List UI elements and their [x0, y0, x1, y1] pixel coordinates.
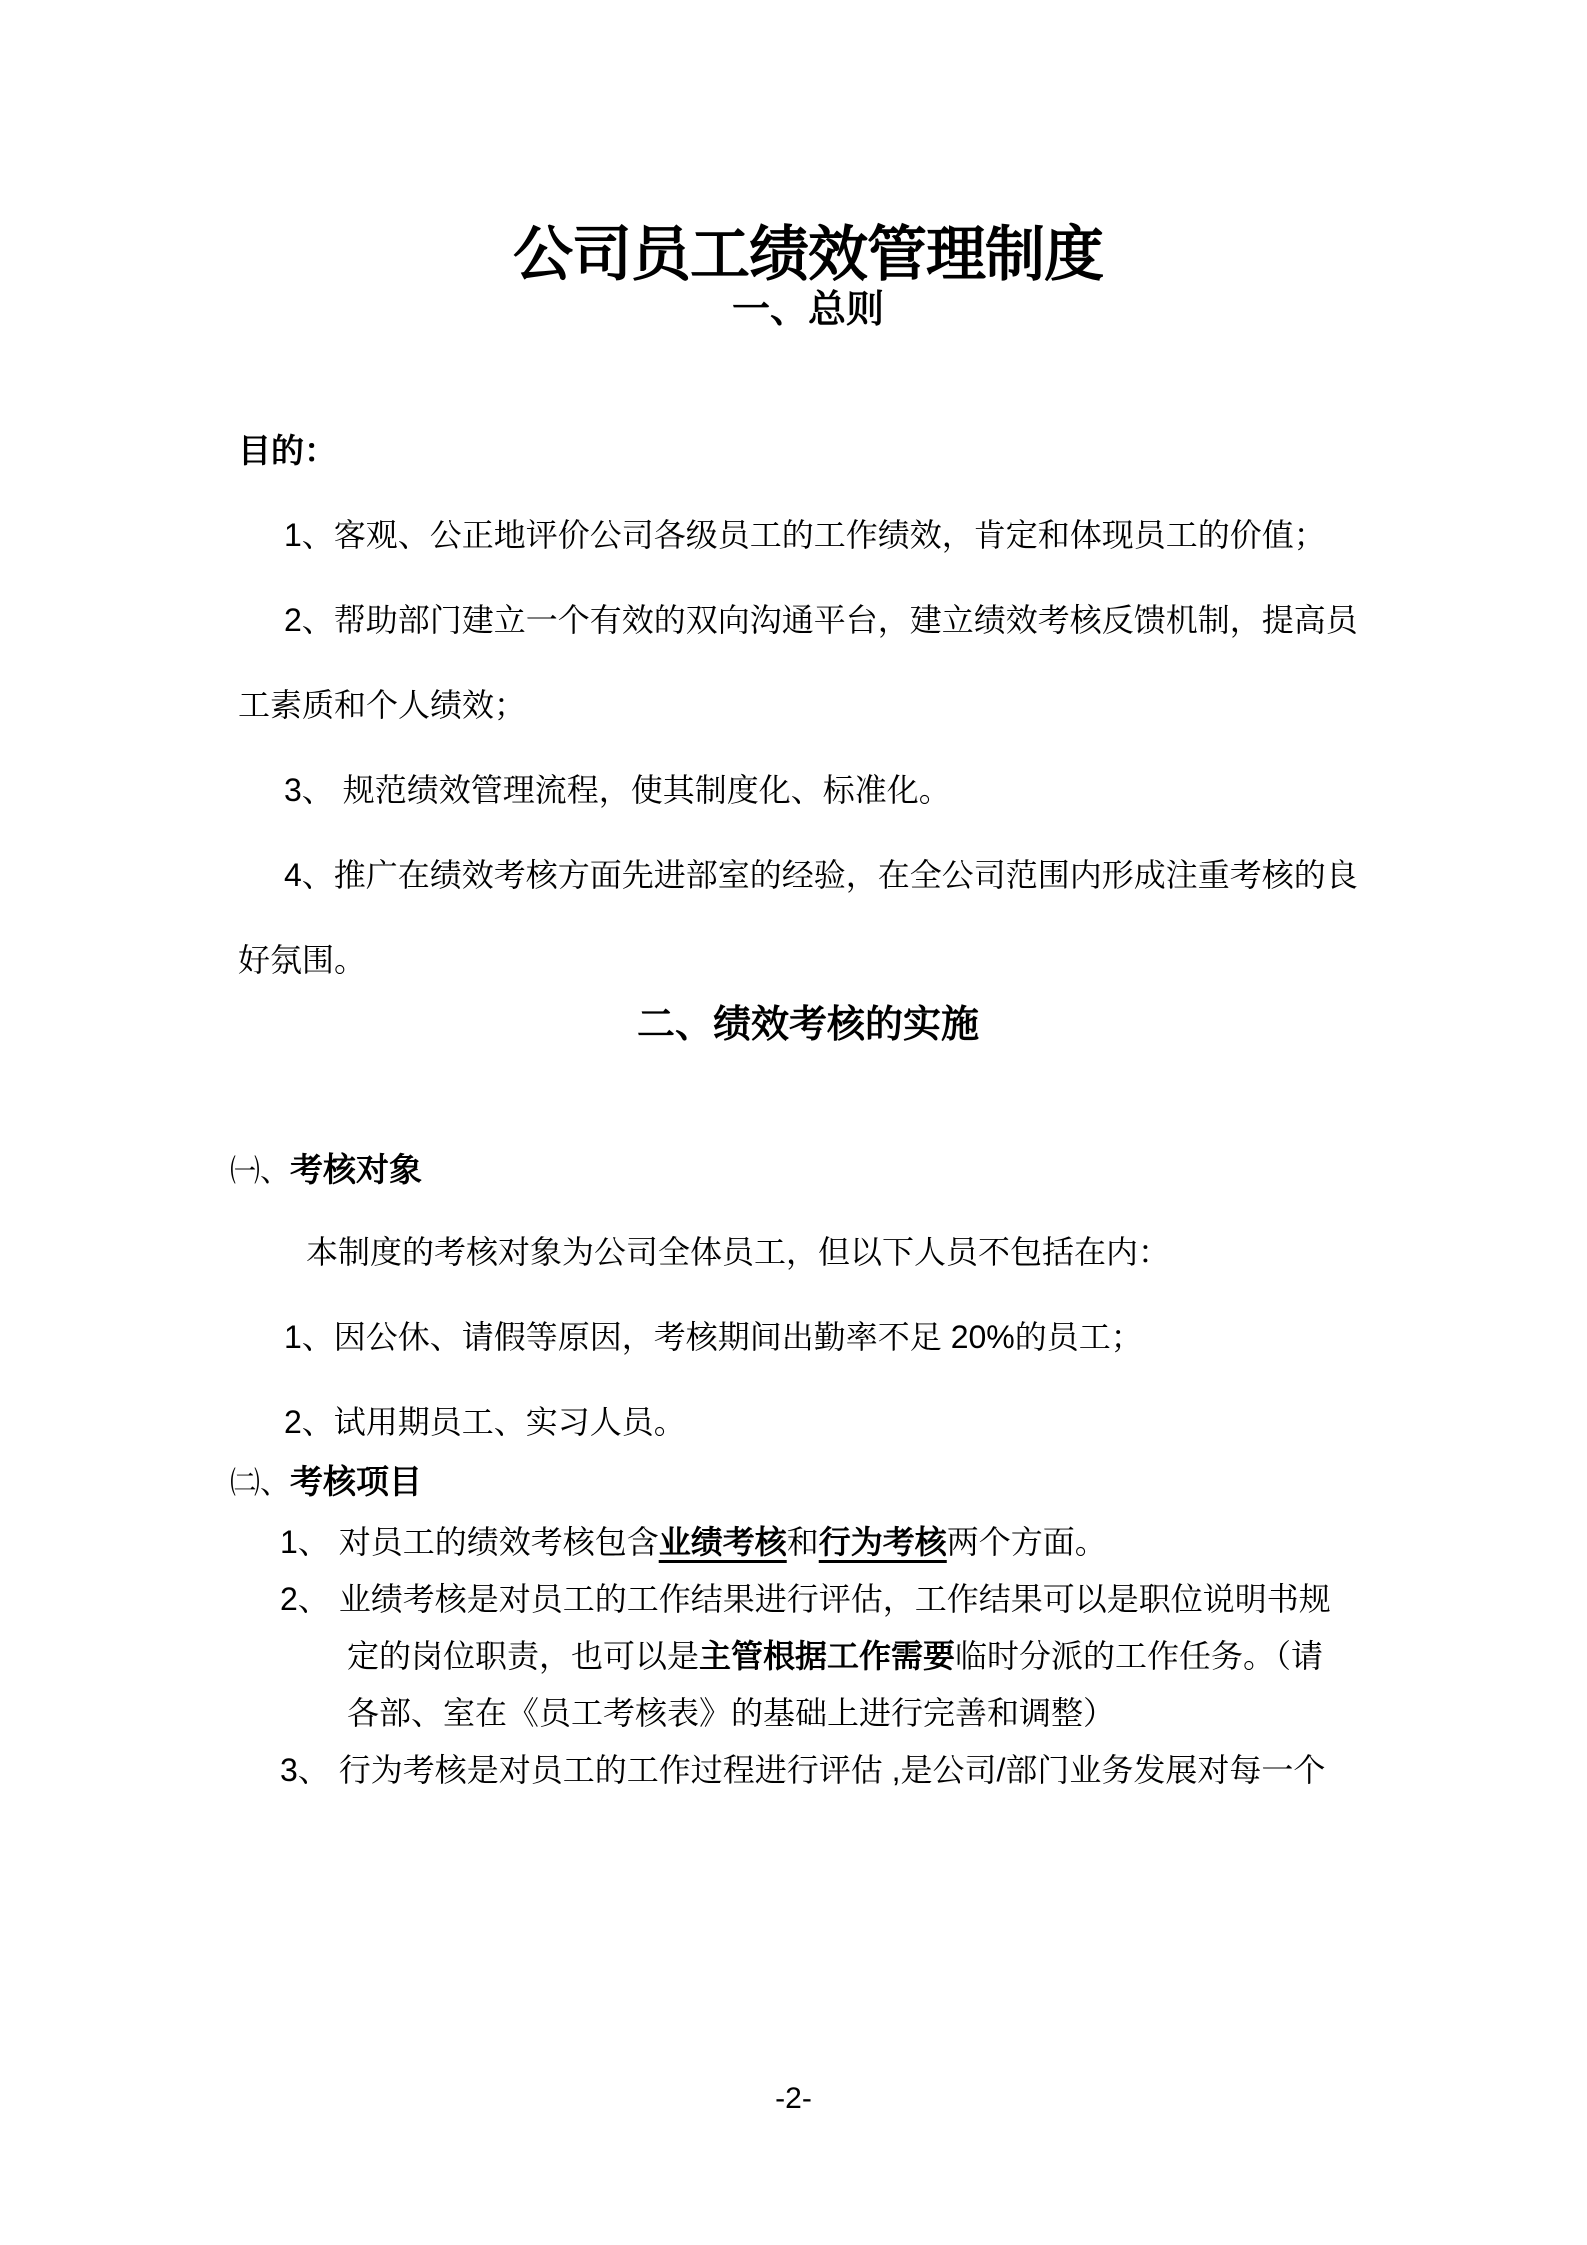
- target-section-body: 本制度的考核对象为公司全体员工，但以下人员不包括在内： 1、因公休、请假等原因，…: [238, 1210, 1378, 1465]
- subsection-heading-target: ㈠、考核对象: [230, 1148, 1378, 1194]
- document-page: 公司员工绩效管理制度 一、总则 目的： 1、客观、公正地评价公司各级员工的工作绩…: [0, 0, 1587, 2245]
- section-heading-general: 一、总则: [238, 288, 1378, 332]
- text-run: 对员工的绩效考核包含: [339, 1524, 659, 1560]
- subsection-title-projects: 考核项目: [290, 1463, 422, 1500]
- section-heading-implementation: 二、绩效考核的实施: [238, 1003, 1378, 1047]
- subsection-heading-projects: ㈡、考核项目: [230, 1460, 1378, 1506]
- document-title: 公司员工绩效管理制度: [238, 222, 1378, 288]
- subsection-number-target: ㈠、: [230, 1155, 290, 1188]
- text-run: 两个方面。: [947, 1524, 1107, 1560]
- item-text-runs: 业绩考核是对员工的工作结果进行评估，工作结果可以是职位说明书规定的岗位职责，也可…: [339, 1581, 1331, 1731]
- text-run: 主管根据工作需要: [699, 1638, 955, 1674]
- purpose-item-4: 4、推广在绩效考核方面先进部室的经验，在全公司范围内形成注重考核的良好氛围。: [238, 833, 1378, 1003]
- purpose-heading: 目的：: [238, 408, 1378, 493]
- target-item-2: 2、试用期员工、实习人员。: [238, 1380, 1378, 1465]
- target-item-1: 1、因公休、请假等原因，考核期间出勤率不足 20%的员工；: [238, 1295, 1378, 1380]
- projects-item-1: 1、 对员工的绩效考核包含业绩考核和行为考核两个方面。: [280, 1514, 1350, 1571]
- item-text-runs: 对员工的绩效考核包含业绩考核和行为考核两个方面。: [339, 1524, 1107, 1560]
- item-number: 3、: [280, 1752, 339, 1788]
- purpose-item-1: 1、客观、公正地评价公司各级员工的工作绩效，肯定和体现员工的价值；: [238, 493, 1378, 578]
- text-run: 业绩考核: [659, 1524, 787, 1560]
- page-number: -2-: [0, 2082, 1587, 2116]
- projects-item-list: 1、 对员工的绩效考核包含业绩考核和行为考核两个方面。 2、 业绩考核是对员工的…: [238, 1514, 1378, 1799]
- item-text-runs: 行为考核是对员工的工作过程进行评估 ,是公司/部门业务发展对每一个: [339, 1752, 1326, 1788]
- general-section-body: 目的： 1、客观、公正地评价公司各级员工的工作绩效，肯定和体现员工的价值； 2、…: [238, 408, 1378, 1003]
- item-number: 1、: [280, 1524, 339, 1560]
- text-run: 和: [787, 1524, 819, 1560]
- page-content: 公司员工绩效管理制度 一、总则 目的： 1、客观、公正地评价公司各级员工的工作绩…: [0, 222, 1587, 1799]
- text-run: 行为考核: [819, 1524, 947, 1560]
- purpose-item-3: 3、 规范绩效管理流程，使其制度化、标准化。: [238, 748, 1378, 833]
- purpose-item-2: 2、帮助部门建立一个有效的双向沟通平台，建立绩效考核反馈机制，提高员工素质和个人…: [238, 578, 1378, 748]
- subsection-title-target: 考核对象: [290, 1151, 422, 1188]
- item-number: 2、: [280, 1581, 339, 1617]
- projects-item-2: 2、 业绩考核是对员工的工作结果进行评估，工作结果可以是职位说明书规定的岗位职责…: [280, 1571, 1350, 1742]
- target-intro-paragraph: 本制度的考核对象为公司全体员工，但以下人员不包括在内：: [238, 1210, 1378, 1295]
- projects-item-3: 3、 行为考核是对员工的工作过程进行评估 ,是公司/部门业务发展对每一个: [280, 1742, 1350, 1799]
- text-run: 行为考核是对员工的工作过程进行评估 ,是公司/部门业务发展对每一个: [339, 1752, 1326, 1788]
- subsection-number-projects: ㈡、: [230, 1467, 290, 1500]
